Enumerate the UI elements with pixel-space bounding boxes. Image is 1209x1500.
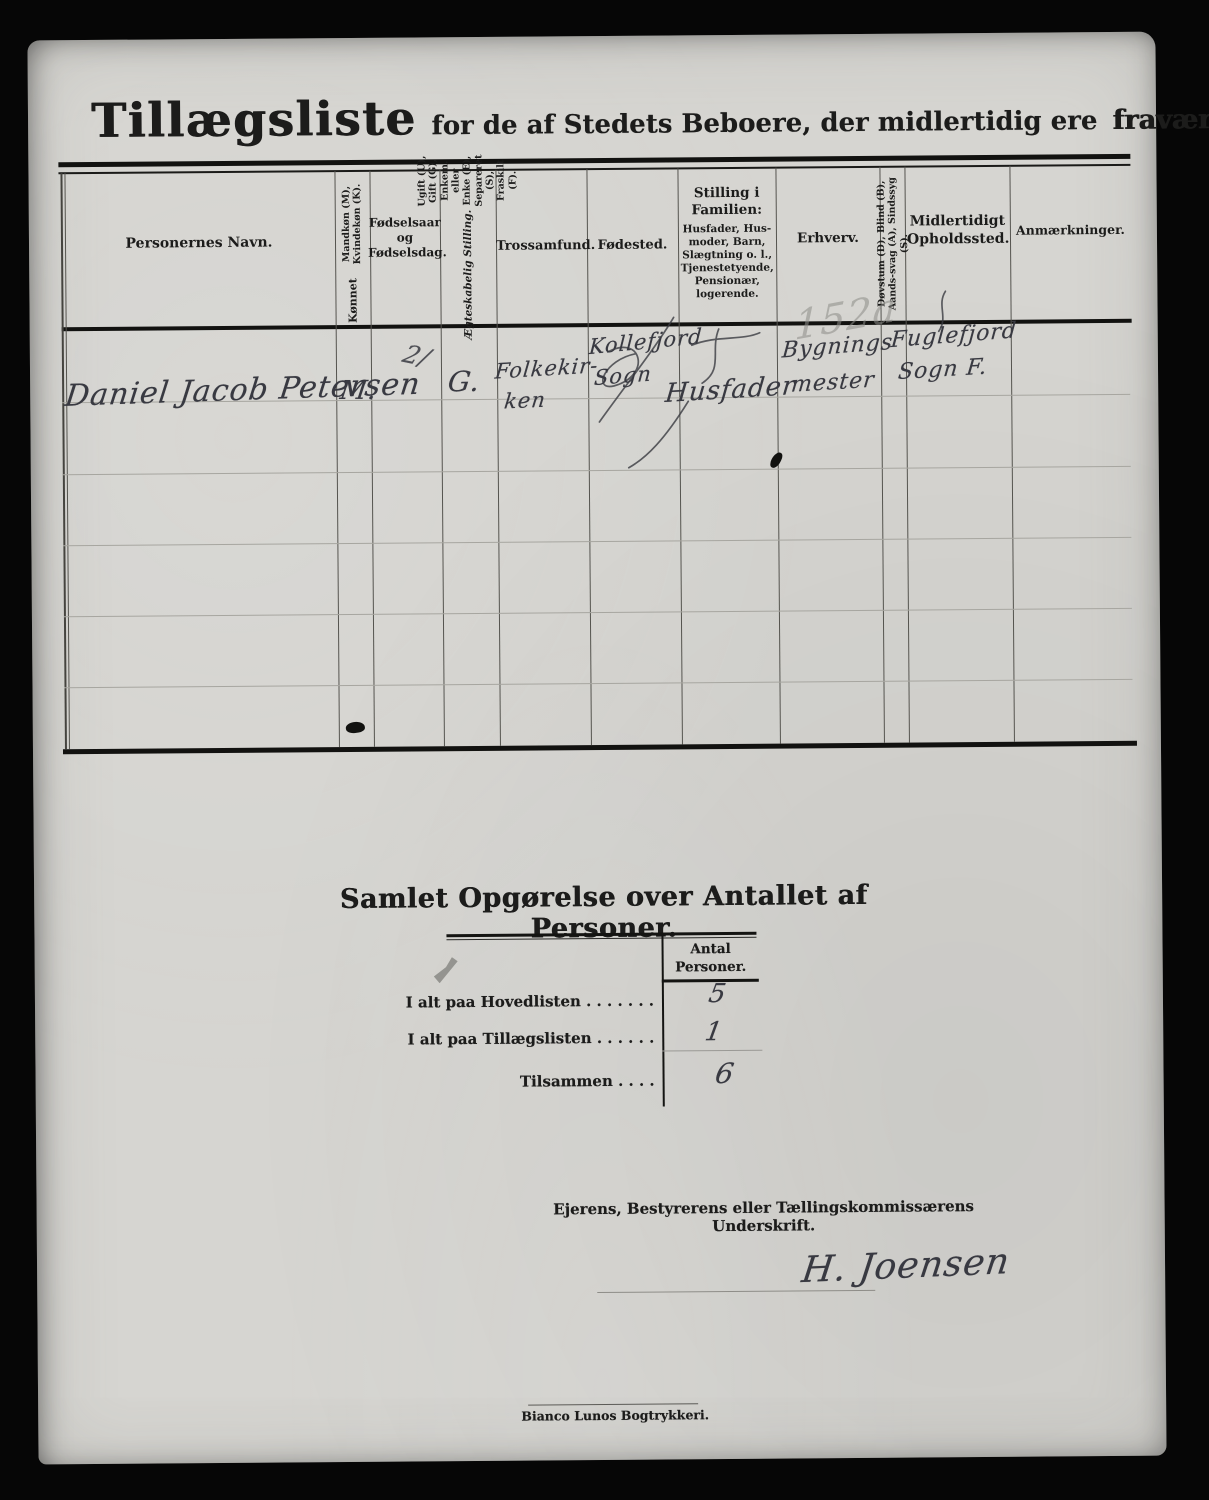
page-title-main: Tillægsliste: [91, 91, 417, 149]
column-divider-line: [586, 169, 592, 745]
column-header-remarks: Anmærkninger.: [1012, 222, 1129, 239]
column-header-sex-main: Kønnet: [346, 278, 359, 323]
entry-sex-handwriting: M.: [338, 376, 379, 406]
summary-value-column-header: Antal Personer.: [665, 941, 757, 977]
column-divider-line: [495, 170, 501, 746]
page-title-rest: for de af Stedets Beboere, der midlertid…: [431, 106, 1097, 141]
entry-marital-handwriting: G.: [446, 365, 483, 398]
summary-row-label: I alt paa Hovedlisten . . . . . . .: [384, 992, 654, 1012]
column-header-sex: Kønnet Mandkøn (M), Kvindekøn (K).: [333, 173, 370, 323]
entry-occupation-handwriting: mester: [790, 368, 876, 398]
column-header-family-position-sub: Husfader, Hus-moder, Barn, Slægtning o. …: [680, 222, 775, 301]
column-header-family-position: Stilling i Familien: Husfader, Hus-moder…: [680, 185, 775, 302]
row-rule-line: [64, 679, 1132, 688]
page-title-emphasis: fraværende.: [1112, 104, 1209, 136]
summary-row-label: Tilsammen . . . .: [385, 1072, 655, 1092]
column-header-birthdate: Fødselsaar og Fødselsdag.: [368, 215, 442, 261]
sheet-rotation-wrapper: Tillægsliste for de af Stedets Beboere, …: [0, 0, 1209, 1500]
printer-imprint: Bianco Lunos Bogtrykkeri.: [505, 1407, 725, 1424]
row-rule-line: [63, 537, 1131, 546]
column-header-marital-sub: Ugift (U), Gift (G), Enkem. eller Enke (…: [416, 154, 519, 207]
census-table: Personernes Navn. Fødselsaar og Fødselsd…: [60, 154, 1135, 754]
signature-caption: Ejerens, Bestyrerens eller Tællingskommi…: [544, 1197, 984, 1236]
scanned-census-page: Tillægsliste for de af Stedets Beboere, …: [0, 0, 1209, 1500]
column-header-marital-main: Ægteskabelig Stilling.: [462, 210, 475, 340]
page-title: Tillægsliste for de af Stedets Beboere, …: [91, 85, 1209, 149]
row-rule-line: [63, 466, 1131, 475]
column-header-temporary-residence: Midlertidigt Opholdssted.: [907, 213, 1008, 249]
entry-religion-handwriting: ken: [503, 388, 547, 414]
entry-birthplace-handwriting: Sogn: [593, 361, 653, 390]
summary-row-label: I alt paa Tillægslisten . . . . . .: [384, 1029, 654, 1049]
column-header-occupation: Erhverv.: [776, 230, 880, 248]
column-header-family-position-main: Stilling i Familien:: [691, 185, 762, 218]
column-header-marital-status: Ægteskabelig Stilling. Ugift (U), Gift (…: [441, 172, 494, 322]
column-header-religion: Trossamfund.: [496, 238, 587, 255]
column-header-birthplace: Fødested.: [587, 237, 678, 254]
row-rule-line: [64, 608, 1132, 617]
column-header-name: Personernes Navn.: [69, 234, 329, 254]
column-header-sex-sub: Mandkøn (M), Kvindekøn (K).: [340, 173, 364, 275]
column-divider-line: [1009, 166, 1015, 742]
